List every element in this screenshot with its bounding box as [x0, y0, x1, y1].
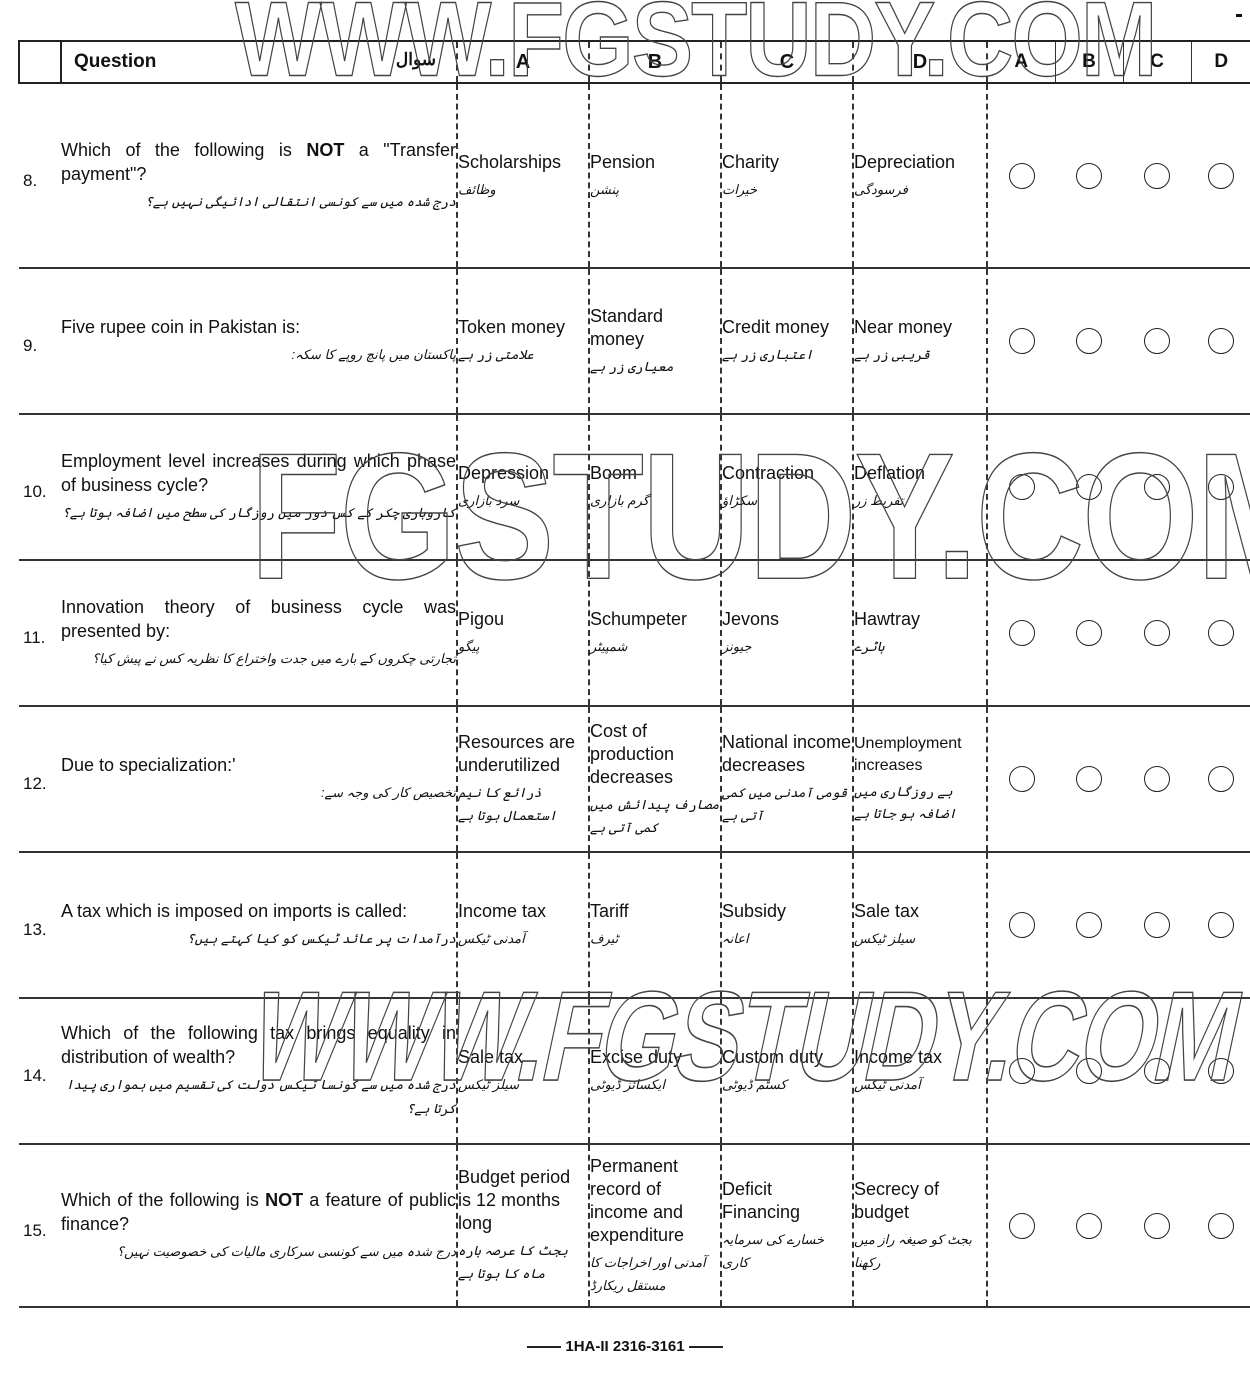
- footer-rule-left: [527, 1346, 561, 1348]
- option-b: Tariffٹیرف: [589, 852, 721, 998]
- option-text-urdu: بے روزگاری میں اضافہ ہو جاتا ہے: [854, 781, 986, 825]
- option-text: Standard money: [590, 306, 663, 349]
- question-text-urdu: پاکستان میں پانچ روپے کا سکہ:: [61, 343, 456, 367]
- question-number: 10.: [19, 414, 61, 560]
- answer-bubble-b[interactable]: [1076, 474, 1102, 500]
- option-text-urdu: سکڑاؤ: [722, 489, 852, 512]
- header-option-c: C: [721, 41, 853, 83]
- question-text-urdu: درج شدہ میں سے کونسی انتقالی ادائیگی نہی…: [61, 190, 456, 214]
- option-text: Credit money: [722, 317, 829, 337]
- option-text: Pension: [590, 152, 655, 172]
- option-text-urdu: معیاری زر ہے: [590, 355, 720, 378]
- option-text-urdu: آمدنی ٹیکس: [854, 1073, 986, 1096]
- question-text-part: Employment level increases during which …: [61, 451, 456, 495]
- question-text: Employment level increases during which …: [61, 414, 457, 560]
- question-emphasis: NOT: [306, 140, 344, 160]
- bubble-cell-c: [1123, 268, 1191, 414]
- header-option-a: A: [457, 41, 589, 83]
- answer-bubble-c[interactable]: [1144, 1058, 1170, 1084]
- question-number: 11.: [19, 560, 61, 706]
- option-text: Jevons: [722, 609, 779, 629]
- option-text-urdu: سیلز ٹیکس: [458, 1073, 588, 1096]
- option-b: Permanent record of income and expenditu…: [589, 1144, 721, 1307]
- question-text: Due to specialization:'تخصیص کار کی وجہ …: [61, 706, 457, 852]
- option-text-urdu: ایکسائز ڈیوٹی: [590, 1073, 720, 1096]
- option-text-urdu: بجٹ کا عرصہ بارہ ماہ کا ہوتا ہے: [458, 1239, 588, 1285]
- question-text: Which of the following is NOT a feature …: [61, 1144, 457, 1307]
- answer-bubble-a[interactable]: [1009, 620, 1035, 646]
- answer-bubble-b[interactable]: [1076, 163, 1102, 189]
- bubble-cell-a: [987, 560, 1055, 706]
- question-row: 11.Innovation theory of business cycle w…: [19, 560, 1250, 706]
- question-number: 9.: [19, 268, 61, 414]
- question-number: 12.: [19, 706, 61, 852]
- option-text: Hawtray: [854, 609, 920, 629]
- answer-bubble-a[interactable]: [1009, 766, 1035, 792]
- answer-bubble-d[interactable]: [1208, 1213, 1234, 1239]
- option-text-urdu: جیونز: [722, 635, 852, 658]
- option-c: National income decreasesقومی آمدنی میں …: [721, 706, 853, 852]
- header-question: Question سوال: [61, 41, 457, 83]
- paper-code: 1HA-II 2316-3161: [565, 1338, 684, 1355]
- answer-bubble-c[interactable]: [1144, 1213, 1170, 1239]
- option-text: Sale tax: [458, 1047, 523, 1067]
- question-row: 10.Employment level increases during whi…: [19, 414, 1250, 560]
- option-text: Boom: [590, 463, 637, 483]
- question-rows: 8.Which of the following is NOT a "Trans…: [19, 83, 1250, 1307]
- bubble-cell-c: [1123, 83, 1191, 268]
- option-text-urdu: وظائف: [458, 178, 588, 201]
- bubble-cell-b: [1055, 83, 1123, 268]
- option-text-urdu: بجٹ کو صیغہ راز میں رکھنا: [854, 1228, 986, 1274]
- bubble-cell-c: [1123, 1144, 1191, 1307]
- header-bubble-d: D: [1191, 41, 1250, 83]
- question-row: 9.Five rupee coin in Pakistan is:پاکستان…: [19, 268, 1250, 414]
- option-text-urdu: شمپیٹر: [590, 635, 720, 658]
- question-row: 12.Due to specialization:'تخصیص کار کی و…: [19, 706, 1250, 852]
- header-bubble-b: B: [1055, 41, 1123, 83]
- bubble-cell-b: [1055, 414, 1123, 560]
- question-row: 8.Which of the following is NOT a "Trans…: [19, 83, 1250, 268]
- option-text: Near money: [854, 317, 952, 337]
- option-text-urdu: ٹیرف: [590, 927, 720, 950]
- bubble-cell-d: [1191, 998, 1250, 1144]
- option-text: Excise duty: [590, 1047, 682, 1067]
- question-row: 14.Which of the following tax brings equ…: [19, 998, 1250, 1144]
- question-text: Which of the following tax brings equali…: [61, 998, 457, 1144]
- option-text-urdu: پنشن: [590, 178, 720, 201]
- bubble-cell-d: [1191, 268, 1250, 414]
- option-text-urdu: خسارے کی سرمایہ کاری: [722, 1228, 852, 1274]
- option-a: Scholarshipsوظائف: [457, 83, 589, 268]
- option-text-urdu: سرد بازاری: [458, 489, 588, 512]
- option-a: Pigouپیگو: [457, 560, 589, 706]
- option-text: Token money: [458, 317, 565, 337]
- question-text: Innovation theory of business cycle was …: [61, 560, 457, 706]
- answer-bubble-a[interactable]: [1009, 1213, 1035, 1239]
- option-text: Depreciation: [854, 152, 955, 172]
- answer-bubble-c[interactable]: [1144, 328, 1170, 354]
- answer-bubble-d[interactable]: [1208, 328, 1234, 354]
- bubble-cell-c: [1123, 560, 1191, 706]
- bubble-cell-b: [1055, 998, 1123, 1144]
- option-c: Contractionسکڑاؤ: [721, 414, 853, 560]
- answer-bubble-d[interactable]: [1208, 620, 1234, 646]
- option-d: Depreciationفرسودگی: [853, 83, 987, 268]
- question-text-part: Which of the following tax brings equali…: [61, 1023, 456, 1067]
- option-c: Charityخیرات: [721, 83, 853, 268]
- option-text-urdu: آمدنی ٹیکس: [458, 927, 588, 950]
- question-text: A tax which is imposed on imports is cal…: [61, 852, 457, 998]
- bubble-cell-d: [1191, 852, 1250, 998]
- bubble-cell-d: [1191, 414, 1250, 560]
- question-row: 15.Which of the following is NOT a featu…: [19, 1144, 1250, 1307]
- question-text-part: Five rupee coin in Pakistan is:: [61, 317, 300, 337]
- question-text: Which of the following is NOT a "Transfe…: [61, 83, 457, 268]
- option-text: Contraction: [722, 463, 814, 483]
- answer-bubble-b[interactable]: [1076, 1213, 1102, 1239]
- option-text: Deficit Financing: [722, 1179, 800, 1222]
- option-text: Scholarships: [458, 152, 561, 172]
- answer-bubble-d[interactable]: [1208, 1058, 1234, 1084]
- answer-bubble-a[interactable]: [1009, 912, 1035, 938]
- answer-bubble-a[interactable]: [1009, 163, 1035, 189]
- header-option-d: D: [853, 41, 987, 83]
- option-text-urdu: پیگو: [458, 635, 588, 658]
- question-text-urdu: تجارتی چکروں کے بارے میں جدت واختراع کا …: [61, 647, 456, 671]
- option-text-urdu: کسٹم ڈیوٹی: [722, 1073, 852, 1096]
- answer-bubble-c[interactable]: [1144, 620, 1170, 646]
- option-text-urdu: قومی آمدنی میں کمی آتی ہے: [722, 781, 852, 827]
- bubble-cell-b: [1055, 268, 1123, 414]
- answer-bubble-c[interactable]: [1144, 163, 1170, 189]
- option-text: Resources are underutilized: [458, 732, 575, 775]
- bubble-cell-c: [1123, 414, 1191, 560]
- option-a: Income taxآمدنی ٹیکس: [457, 852, 589, 998]
- answer-bubble-b[interactable]: [1076, 766, 1102, 792]
- bubble-cell-c: [1123, 998, 1191, 1144]
- header-question-label: Question: [74, 51, 156, 72]
- answer-bubble-a[interactable]: [1009, 474, 1035, 500]
- bubble-cell-d: [1191, 1144, 1250, 1307]
- option-b: Schumpeterشمپیٹر: [589, 560, 721, 706]
- option-text-urdu: تفریط زر: [854, 489, 986, 512]
- option-d: Hawtrayہاٹرے: [853, 560, 987, 706]
- option-text: Depression: [458, 463, 549, 483]
- footer-rule-right: [689, 1346, 723, 1348]
- option-text: Pigou: [458, 609, 504, 629]
- answer-bubble-b[interactable]: [1076, 912, 1102, 938]
- answer-bubble-c[interactable]: [1144, 474, 1170, 500]
- option-text-urdu: قریبی زر ہے: [854, 343, 986, 366]
- exam-page: Question سوال A B C D A B C D 8.Which of…: [0, 0, 1250, 1376]
- option-text: Deflation: [854, 463, 925, 483]
- question-text-urdu: درج شدہ میں سے کونسا ٹیکس دولت کی تقسیم …: [61, 1073, 456, 1121]
- option-b: Pensionپنشن: [589, 83, 721, 268]
- option-text-urdu: سیلز ٹیکس: [854, 927, 986, 950]
- bubble-cell-a: [987, 706, 1055, 852]
- mcq-answer-table: Question سوال A B C D A B C D 8.Which of…: [18, 40, 1250, 1308]
- answer-bubble-b[interactable]: [1076, 328, 1102, 354]
- question-row: 13.A tax which is imposed on imports is …: [19, 852, 1250, 998]
- option-d: Deflationتفریط زر: [853, 414, 987, 560]
- option-text: Charity: [722, 152, 779, 172]
- option-c: Credit moneyاعتباری زر ہے: [721, 268, 853, 414]
- option-c: Subsidyاعانہ: [721, 852, 853, 998]
- option-text-urdu: خیرات: [722, 178, 852, 201]
- bubble-cell-d: [1191, 560, 1250, 706]
- question-emphasis: NOT: [265, 1190, 303, 1210]
- answer-bubble-b[interactable]: [1076, 1058, 1102, 1084]
- question-text-part: Due to specialization:': [61, 755, 236, 775]
- question-text-part: Which of the following is: [61, 1190, 265, 1210]
- bubble-cell-a: [987, 414, 1055, 560]
- header-question-label-urdu: سوال: [396, 50, 436, 70]
- bubble-cell-a: [987, 998, 1055, 1144]
- question-number: 13.: [19, 852, 61, 998]
- option-text: Budget period is 12 months long: [458, 1167, 570, 1233]
- option-text: Schumpeter: [590, 609, 687, 629]
- answer-bubble-d[interactable]: [1208, 766, 1234, 792]
- header-bubble-a: A: [987, 41, 1055, 83]
- answer-bubble-d[interactable]: [1208, 912, 1234, 938]
- bubble-cell-b: [1055, 852, 1123, 998]
- option-d: Near moneyقریبی زر ہے: [853, 268, 987, 414]
- option-a: Resources are underutilizedذرائع کا نیم …: [457, 706, 589, 852]
- question-number: 14.: [19, 998, 61, 1144]
- question-text-urdu: درآمدات پر عائد ٹیکس کو کیا کہتے ہیں؟: [61, 927, 456, 951]
- option-c: Deficit Financingخسارے کی سرمایہ کاری: [721, 1144, 853, 1307]
- bubble-cell-a: [987, 1144, 1055, 1307]
- option-text: Secrecy of budget: [854, 1179, 939, 1222]
- option-text: Income tax: [458, 901, 546, 921]
- option-text-urdu: گرم بازاری: [590, 489, 720, 512]
- question-number: 15.: [19, 1144, 61, 1307]
- option-a: Token moneyعلامتی زر ہے: [457, 268, 589, 414]
- option-text-urdu: مصارف پیدائش میں کمی آتی ہے: [590, 793, 720, 839]
- answer-bubble-a[interactable]: [1009, 328, 1035, 354]
- option-d: Sale taxسیلز ٹیکس: [853, 852, 987, 998]
- option-c: Jevonsجیونز: [721, 560, 853, 706]
- question-text: Five rupee coin in Pakistan is:پاکستان م…: [61, 268, 457, 414]
- option-b: Cost of production decreasesمصارف پیدائش…: [589, 706, 721, 852]
- option-b: Excise dutyایکسائز ڈیوٹی: [589, 998, 721, 1144]
- option-a: Sale taxسیلز ٹیکس: [457, 998, 589, 1144]
- bubble-cell-a: [987, 83, 1055, 268]
- answer-bubble-d[interactable]: [1208, 474, 1234, 500]
- option-text: Tariff: [590, 901, 629, 921]
- option-text-urdu: ذرائع کا نیم استعمال ہوتا ہے: [458, 781, 588, 827]
- option-text: Permanent record of income and expenditu…: [590, 1156, 684, 1245]
- bubble-cell-d: [1191, 83, 1250, 268]
- question-text-urdu: درج شدہ میں سے کونسی سرکاری مالیات کی خص…: [61, 1240, 456, 1264]
- answer-bubble-b[interactable]: [1076, 620, 1102, 646]
- bubble-cell-c: [1123, 706, 1191, 852]
- answer-bubble-d[interactable]: [1208, 163, 1234, 189]
- option-text-urdu: علامتی زر ہے: [458, 343, 588, 366]
- option-text: Sale tax: [854, 901, 919, 921]
- question-number: 8.: [19, 83, 61, 268]
- option-d: Income taxآمدنی ٹیکس: [853, 998, 987, 1144]
- bubble-cell-a: [987, 268, 1055, 414]
- bubble-cell-b: [1055, 560, 1123, 706]
- header-bubble-c: C: [1123, 41, 1191, 83]
- option-text: Custom duty: [722, 1047, 823, 1067]
- question-text-urdu: کاروباری چکر کے کس دور میں روزگار کی سطح…: [61, 501, 456, 525]
- option-b: Boomگرم بازاری: [589, 414, 721, 560]
- option-text: Subsidy: [722, 901, 786, 921]
- paper-code-footer: 1HA-II 2316-3161: [0, 1338, 1250, 1355]
- header-number-cell: [19, 41, 61, 83]
- option-b: Standard moneyمعیاری زر ہے: [589, 268, 721, 414]
- question-text-part: Which of the following is: [61, 140, 306, 160]
- option-c: Custom dutyکسٹم ڈیوٹی: [721, 998, 853, 1144]
- option-text: National income decreases: [722, 732, 851, 775]
- option-text: Cost of production decreases: [590, 721, 674, 787]
- option-text: Unemployment increases: [854, 735, 962, 774]
- option-text-urdu: ہاٹرے: [854, 635, 986, 658]
- bubble-cell-a: [987, 852, 1055, 998]
- bubble-cell-d: [1191, 706, 1250, 852]
- option-d: Unemployment increasesبے روزگاری میں اضا…: [853, 706, 987, 852]
- option-a: Depressionسرد بازاری: [457, 414, 589, 560]
- option-text: Income tax: [854, 1047, 942, 1067]
- option-text-urdu: اعانہ: [722, 927, 852, 950]
- option-text-urdu: آمدنی اور اخراجات کا مستقل ریکارڈ: [590, 1251, 720, 1297]
- question-text-urdu: تخصیص کار کی وجہ سے:: [61, 781, 456, 805]
- question-text-part: A tax which is imposed on imports is cal…: [61, 901, 407, 921]
- corner-mark: [1236, 14, 1242, 17]
- table-header: Question سوال A B C D A B C D: [19, 41, 1250, 83]
- answer-bubble-a[interactable]: [1009, 1058, 1035, 1084]
- option-text-urdu: فرسودگی: [854, 178, 986, 201]
- option-d: Secrecy of budgetبجٹ کو صیغہ راز میں رکھ…: [853, 1144, 987, 1307]
- question-text-part: Innovation theory of business cycle was …: [61, 597, 456, 641]
- header-option-b: B: [589, 41, 721, 83]
- answer-bubble-c[interactable]: [1144, 912, 1170, 938]
- answer-bubble-c[interactable]: [1144, 766, 1170, 792]
- option-a: Budget period is 12 months longبجٹ کا عر…: [457, 1144, 589, 1307]
- bubble-cell-c: [1123, 852, 1191, 998]
- option-text-urdu: اعتباری زر ہے: [722, 343, 852, 366]
- bubble-cell-b: [1055, 1144, 1123, 1307]
- bubble-cell-b: [1055, 706, 1123, 852]
